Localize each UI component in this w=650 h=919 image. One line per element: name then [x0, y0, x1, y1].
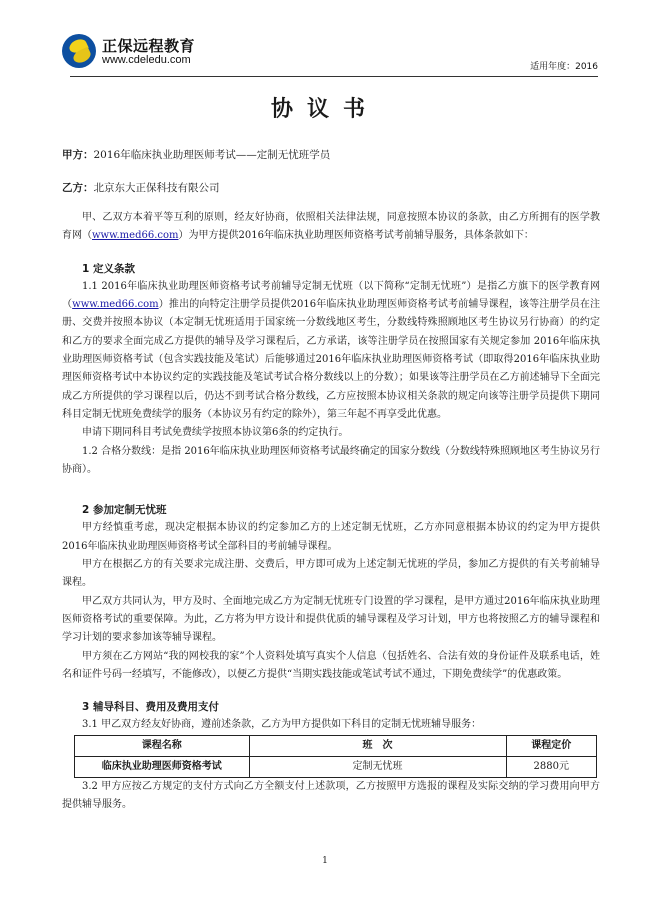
- party-b-value: 北京东大正保科技有限公司: [94, 182, 220, 194]
- section-2-paragraph: 甲方在根据乙方的有关要求完成注册、交费后，甲方即可成为上述定制无忧班的学员，参加…: [62, 556, 600, 593]
- med66-link[interactable]: www.med66.com: [72, 299, 158, 310]
- section-2-paragraph: 甲方须在乙方网站“我的网校我的家”个人资料处填写真实个人信息（包括姓名、合法有效…: [62, 648, 600, 685]
- party-b: 乙方：北京东大正保科技有限公司: [62, 180, 220, 195]
- section-2-paragraph: 甲乙双方共同认为，甲方及时、全面地完成乙方为定制无忧班专门设置的学习课程，是甲方…: [62, 593, 600, 648]
- column-header: 课程名称: [75, 735, 250, 756]
- section-2-paragraph: 甲方经慎重考虑，现决定根据本协议的约定参加乙方的上述定制无忧班，乙方亦同意根据本…: [62, 519, 600, 556]
- clause-3-1: 3.1 甲乙双方经友好协商，遵前述条款，乙方为甲方提供如下科目的定制无忧班辅导服…: [62, 716, 600, 734]
- party-a-value: 2016年临床执业助理医师考试——定制无忧班学员: [94, 149, 331, 161]
- party-b-label: 乙方：: [62, 182, 94, 194]
- document-header: 正保远程教育 www.cdeledu.com 适用年度：2016: [62, 34, 598, 76]
- column-header: 班 次: [249, 735, 506, 756]
- price-cell: 2880元: [506, 756, 596, 777]
- agreement-body: 甲、乙双方本着平等互利的原则，经友好协商，依照相关法律法规，同意按照本协议的条款…: [62, 209, 600, 814]
- clause-1-1: 1.1 2016年临床执业助理医师资格考试考前辅导定制无忧班（以下简称“定制无忧…: [62, 278, 600, 424]
- brand-name: 正保远程教育: [102, 35, 195, 56]
- table-header-row: 课程名称 班 次 课程定价: [75, 735, 597, 756]
- class-type-cell: 定制无忧班: [249, 756, 506, 777]
- party-a: 甲方：2016年临床执业助理医师考试——定制无忧班学员: [62, 147, 330, 162]
- brand-url: www.cdeledu.com: [102, 54, 191, 66]
- document-title: 协议书: [0, 92, 650, 123]
- course-fee-table: 课程名称 班 次 课程定价 临床执业助理医师资格考试 定制无忧班 2880元: [74, 735, 597, 778]
- section-2-heading: 2 参加定制无忧班: [62, 501, 600, 519]
- section-3-heading: 3 辅导科目、费用及费用支付: [62, 698, 600, 716]
- clause-1-2: 1.2 合格分数线：是指 2016年临床执业助理医师资格考试最终确定的国家分数线…: [62, 443, 600, 480]
- applicable-year: 适用年度：2016: [530, 59, 598, 72]
- apply-paragraph: 申请下期同科目考试免费续学按照本协议第6条的约定执行。: [62, 424, 600, 442]
- intro-paragraph: 甲、乙双方本着平等互利的原则，经友好协商，依照相关法律法规，同意按照本协议的条款…: [62, 209, 600, 246]
- section-1-heading: 1 定义条款: [62, 260, 600, 278]
- med66-link[interactable]: www.med66.com: [92, 230, 178, 241]
- page-number: 1: [0, 856, 650, 866]
- brand-logo-icon: [62, 34, 96, 68]
- table-row: 临床执业助理医师资格考试 定制无忧班 2880元: [75, 756, 597, 777]
- course-name-cell: 临床执业助理医师资格考试: [75, 756, 250, 777]
- clause-3-2: 3.2 甲方应按乙方规定的支付方式向乙方全额支付上述款项，乙方按照甲方选报的课程…: [62, 778, 600, 815]
- party-a-label: 甲方：: [62, 149, 94, 161]
- column-header: 课程定价: [506, 735, 596, 756]
- header-divider: [70, 76, 598, 77]
